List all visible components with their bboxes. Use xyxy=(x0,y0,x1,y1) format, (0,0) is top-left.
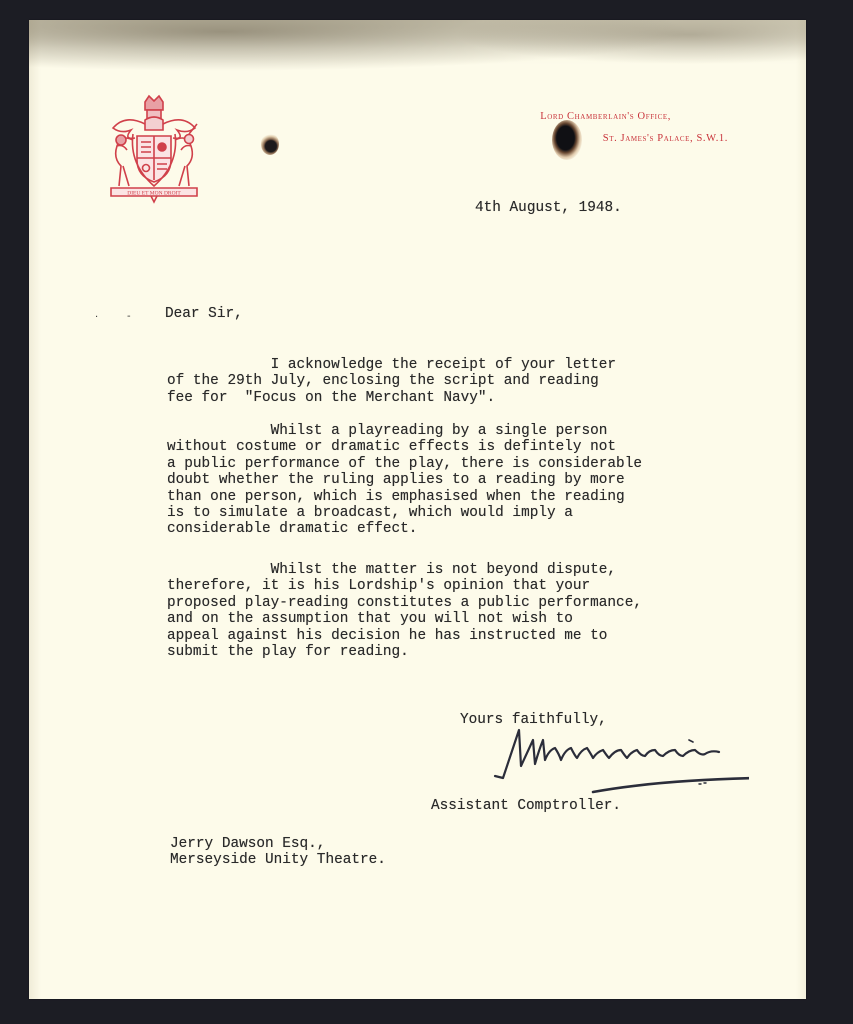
salutation: Dear Sir, xyxy=(165,306,243,322)
burn-hole-right xyxy=(552,120,582,160)
recipient-block: Jerry Dawson Esq., Merseyside Unity Thea… xyxy=(170,836,386,869)
recipient-name: Jerry Dawson Esq., xyxy=(170,836,325,852)
paragraph-1: I acknowledge the receipt of your letter… xyxy=(167,357,616,406)
ink-speck: - xyxy=(127,311,131,322)
ink-speck: · xyxy=(95,312,98,323)
svg-text:DIEU ET MON DROIT: DIEU ET MON DROIT xyxy=(127,191,181,197)
signatory-title: Assistant Comptroller. xyxy=(431,798,621,814)
royal-coat-of-arms-icon: DIEU ET MON DROIT xyxy=(105,94,203,204)
handwritten-signature-icon xyxy=(489,720,749,800)
letter-paper: DIEU ET MON DROIT Lord Chamberlain's Off… xyxy=(29,20,806,999)
paragraph-2: Whilst a playreading by a single person … xyxy=(167,423,642,538)
recipient-organisation: Merseyside Unity Theatre. xyxy=(170,852,386,868)
burn-hole-left xyxy=(261,133,279,155)
paragraph-3: Whilst the matter is not beyond dispute,… xyxy=(167,562,642,660)
letter-date: 4th August, 1948. xyxy=(475,200,622,216)
